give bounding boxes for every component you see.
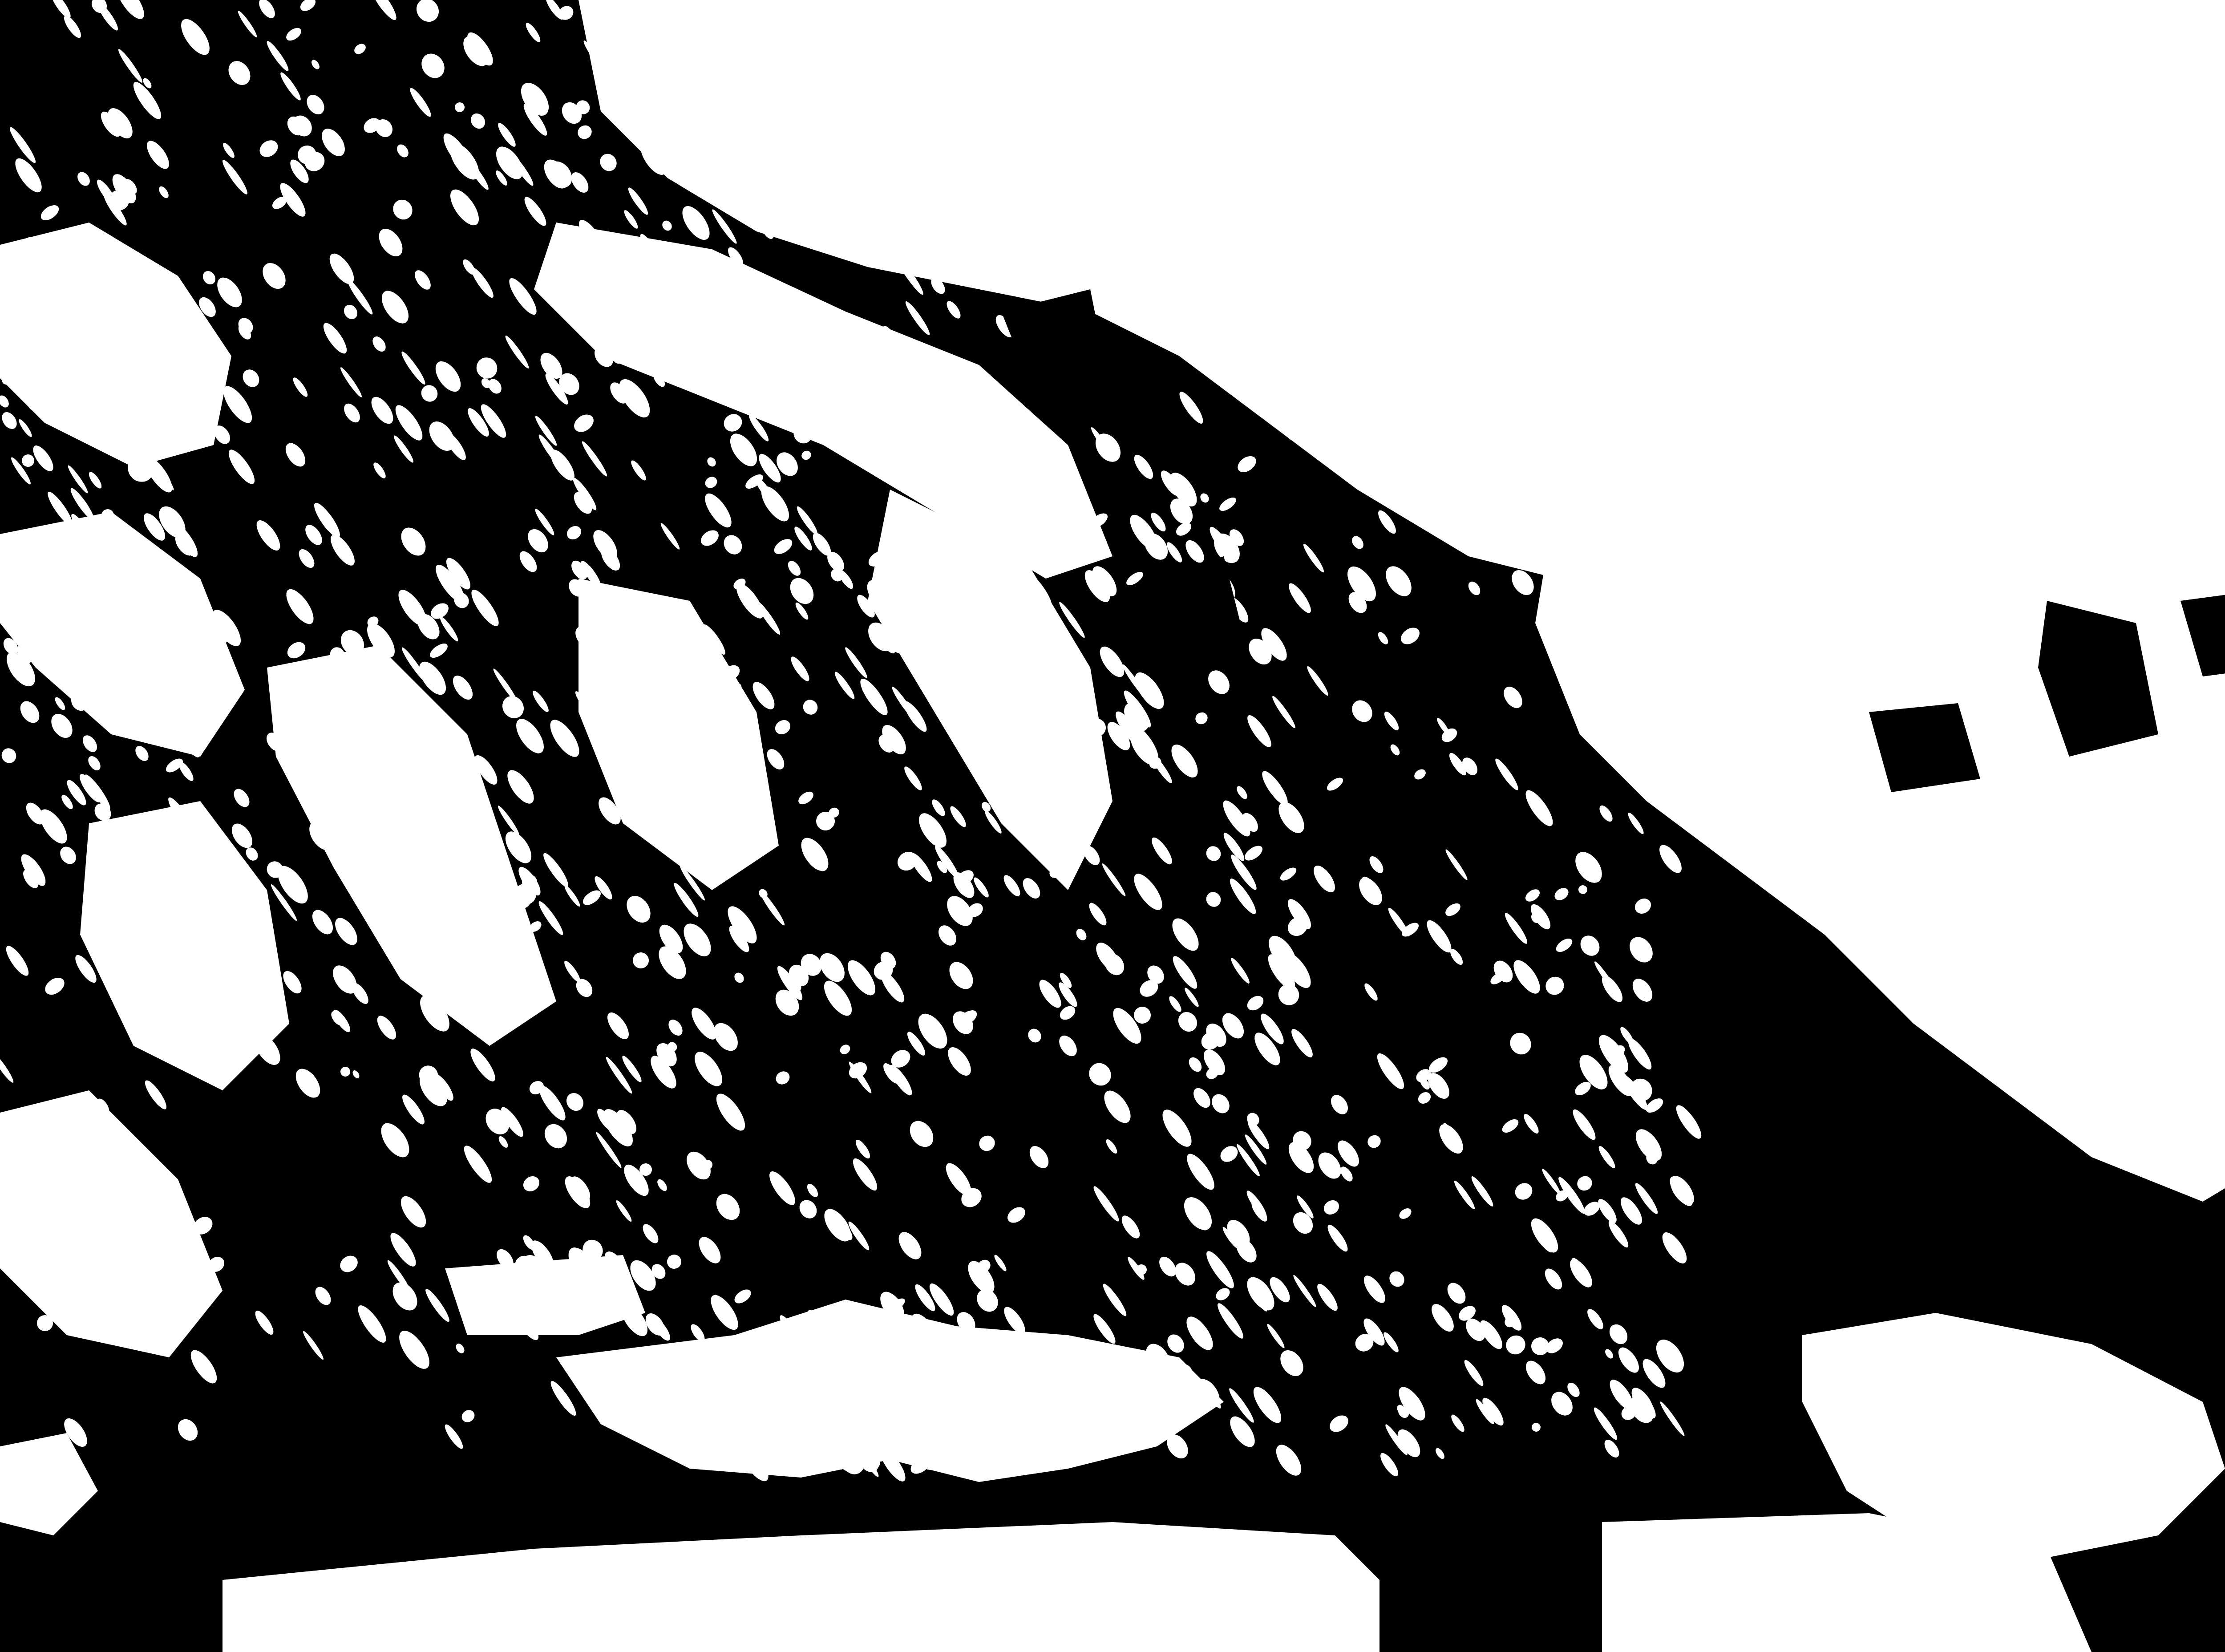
cloud-field-image — [0, 0, 2225, 1652]
